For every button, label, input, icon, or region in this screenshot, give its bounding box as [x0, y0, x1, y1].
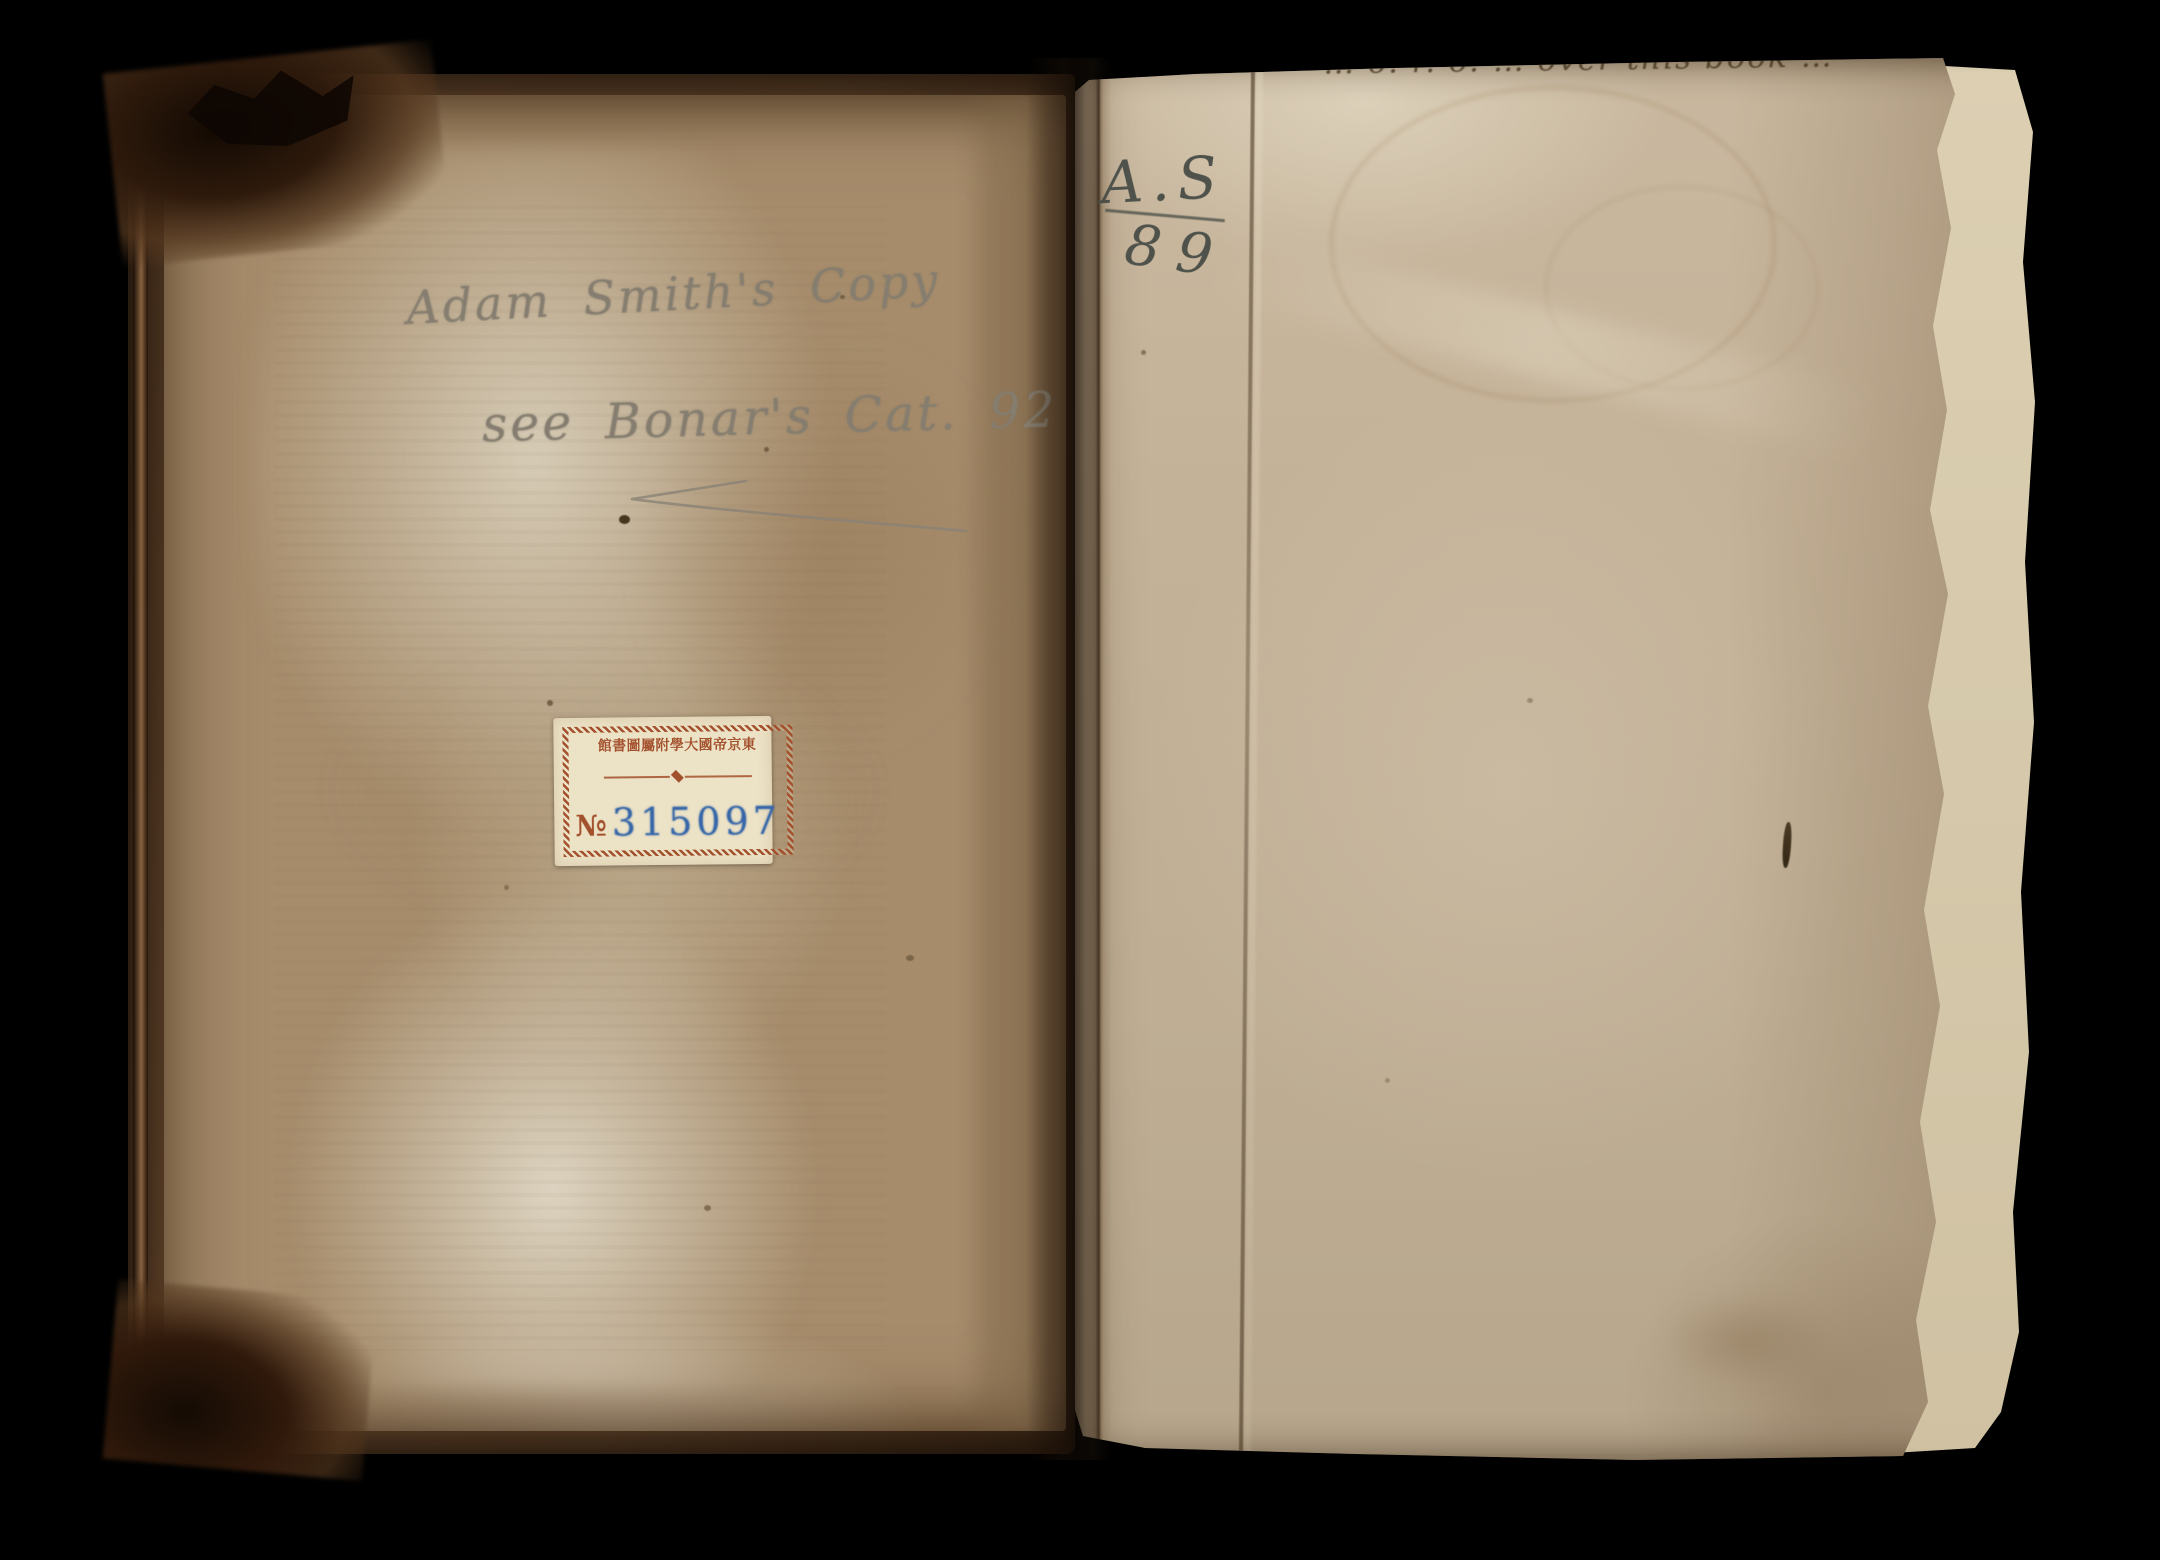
divider-line-left [604, 776, 671, 778]
foxing-speck [1527, 698, 1533, 703]
front-flyleaf: A.S 89 … o. r. o. … over this book … [1075, 58, 2035, 1460]
accession-number: 315097 [612, 799, 782, 845]
foxing-speck [704, 1205, 711, 1211]
foxing-speck [906, 955, 914, 961]
foxing-speck [1141, 350, 1146, 355]
label-ornamental-border: 館書圖屬附學大國帝京東 № 315097 [562, 725, 793, 857]
ink-stroke-mark [1781, 822, 1792, 868]
worn-leather-corner-bottom-left [103, 1279, 378, 1481]
divider-line-right [685, 775, 752, 777]
trimmed-top-inscription: … o. r. o. … over this book … [1323, 58, 1963, 81]
shelfmark-block: A.S 89 [1101, 146, 1271, 284]
leather-spine-edge [133, 80, 148, 1446]
inside-front-cover: Adam Smith's Copy see Bonar's Cat. 92 館書… [128, 74, 1075, 1454]
gutter-fold-crease-line [1097, 58, 1100, 1460]
bottom-stain-blot [1660, 1293, 1830, 1388]
shelfmark-bottom: 89 [1121, 212, 1232, 291]
label-institution-text: 館書圖屬附學大國帝京東 [598, 738, 757, 754]
pastedown-gutter-stain [962, 95, 1054, 1431]
label-divider-ornament [604, 772, 752, 782]
numero-sign: № [575, 809, 607, 843]
divider-diamond-icon [671, 770, 684, 783]
photo-backdrop: Adam Smith's Copy see Bonar's Cat. 92 館書… [0, 0, 2160, 1560]
pencil-arrow [604, 443, 984, 523]
flyleaf-leaf: A.S 89 … o. r. o. … over this book … [1075, 58, 2035, 1460]
label-number-row: № 315097 [575, 799, 781, 845]
shelfmark-top: A.S [1099, 143, 1226, 217]
library-accession-label: 館書圖屬附學大國帝京東 № 315097 [553, 716, 773, 866]
worn-leather-corner-top-left [103, 39, 452, 267]
foxing-speck [547, 700, 553, 706]
foxing-speck [1385, 1078, 1390, 1083]
foxing-speck [504, 885, 509, 890]
pastedown-paper: Adam Smith's Copy see Bonar's Cat. 92 館書… [164, 95, 1066, 1431]
